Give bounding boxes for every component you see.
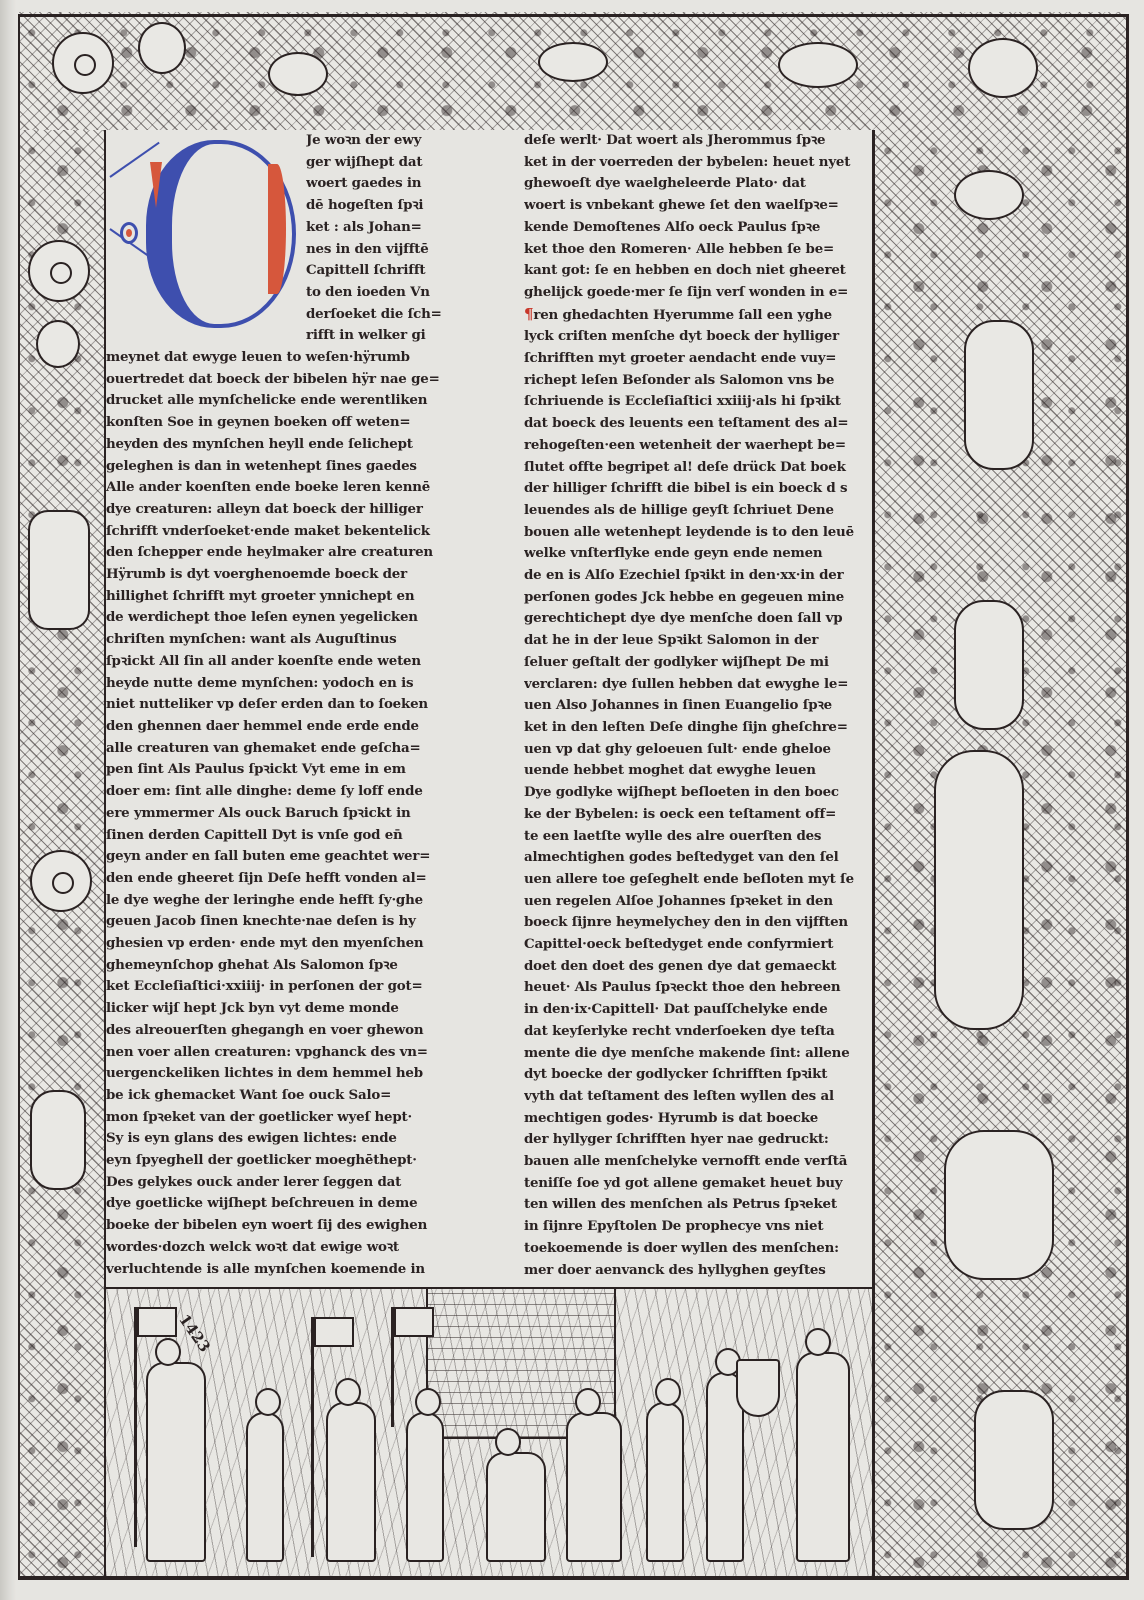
banner-icon bbox=[391, 1307, 394, 1427]
text-line: dyt boecke der godlycker ſchrifften ſpꝛi… bbox=[524, 1064, 874, 1086]
text-line: konſten Soe in geynen boeken off weten= bbox=[106, 412, 461, 434]
text-line: perſonen godes Jck hebbe en gegeuen mine bbox=[524, 587, 874, 609]
text-line: in ſijnre Epyſtolen De prophecye vns nie… bbox=[524, 1216, 874, 1238]
text-line: nes in den vijfftē bbox=[306, 239, 461, 261]
text-line: rehogeſten·een wetenheit der waerhept be… bbox=[524, 435, 874, 457]
text-line: mechtigen godes· Hyrumb is dat boecke bbox=[524, 1108, 874, 1130]
text-block: Je woꝛn der ewy ger wijſhept dat woert g… bbox=[106, 130, 872, 1286]
initial-ornament bbox=[120, 222, 138, 244]
text-line: ghelijck goede·mer ſe ſijn verſ wonden i… bbox=[524, 282, 874, 304]
ornamental-border-top bbox=[18, 12, 1128, 130]
text-line: drucket alle mynſchelicke ende werentlik… bbox=[106, 390, 461, 412]
text-line: niet nutteliker vp deſer erden dan to ſo… bbox=[106, 694, 461, 716]
text-line: dye goetlicke wijſhept beſchreuen in dem… bbox=[106, 1193, 461, 1215]
text-line: pen ſint Als Paulus ſpꝛickt Vyt eme in e… bbox=[106, 759, 461, 781]
border-rule-bottom bbox=[18, 1576, 1128, 1580]
text-line: ſchriuende is Eccleſiaſtici xxiiij·als h… bbox=[524, 391, 874, 413]
text-line-content: ren ghedachten Hyerumme ſall een yghe bbox=[533, 307, 832, 323]
text-line: Alle ander koenſten ende boeke leren ken… bbox=[106, 477, 461, 499]
banner-icon bbox=[311, 1317, 314, 1557]
text-line: dye creaturen: alleyn dat boeck der hill… bbox=[106, 499, 461, 521]
text-line: Des gelykes ouck ander lerer ſeggen dat bbox=[106, 1172, 461, 1194]
flower-icon bbox=[268, 52, 328, 96]
text-line: verluchtende is alle mynſchen koemende i… bbox=[106, 1259, 461, 1281]
text-line: ket in den leſten Deſe dinghe ſijn gheſc… bbox=[524, 717, 874, 739]
text-line: bouen alle wetenhept leydende is to den … bbox=[524, 522, 874, 544]
text-line: meynet dat ewyge leuen to weſen·hÿrumb bbox=[106, 347, 461, 369]
text-line: teniſſe ſoe yd got allene gemaket heuet … bbox=[524, 1173, 874, 1195]
text-line: geleghen is dan in wetenhept ſines gaede… bbox=[106, 456, 461, 478]
text-line: dē hogeſten ſpꝛi bbox=[306, 195, 461, 217]
woodcut-illustration: 1423 bbox=[106, 1289, 872, 1576]
text-line: ghesien vp erden· ende myt den myenſchen bbox=[106, 933, 461, 955]
text-line: to den ioeden Vn bbox=[306, 282, 461, 304]
text-line: Capittell ſchrifft bbox=[306, 260, 461, 282]
initial-letter-d bbox=[146, 140, 296, 328]
text-line: ke der Bybelen: is oeck een teſtament of… bbox=[524, 804, 874, 826]
figure-icon bbox=[246, 1412, 284, 1562]
text-line: uen vp dat ghy geloeuen ſult· ende ghelo… bbox=[524, 739, 874, 761]
text-line: Je woꝛn der ewy bbox=[306, 130, 461, 152]
text-line: uen regelen Alſoe Johannes ſpꝛeket in de… bbox=[524, 891, 874, 913]
text-line: boeke der bibelen eyn woert ſij des ewig… bbox=[106, 1215, 461, 1237]
text-line: licker wijſ hept Jck byn vyt deme monde bbox=[106, 998, 461, 1020]
text-line: ouertredet dat boeck der bibelen hÿr nae… bbox=[106, 369, 461, 391]
text-line: ger wijſhept dat bbox=[306, 152, 461, 174]
text-line: dat keyſerlyke recht vnderſoeken dye teſ… bbox=[524, 1021, 874, 1043]
figure-icon bbox=[28, 510, 90, 630]
text-line: derſoeket die ſch= bbox=[306, 304, 461, 326]
animal-icon bbox=[538, 42, 608, 82]
figure-icon bbox=[146, 1362, 206, 1562]
text-line: wordes·dozch welck woꝛt dat ewige woꝛt bbox=[106, 1237, 461, 1259]
text-line: mon ſpꝛeket van der goetlicker wyeſ hept… bbox=[106, 1107, 461, 1129]
text-line: Dye godlyke wijſhept beſloeten in den bo… bbox=[524, 782, 874, 804]
text-line: hillighet ſchrifft myt groeter ynnichept… bbox=[106, 586, 461, 608]
bird-icon bbox=[30, 1090, 86, 1190]
year-inscription: 1423 bbox=[175, 1311, 214, 1356]
text-line: geyn ander en ſall buten eme geachtet we… bbox=[106, 846, 461, 868]
border-rule-right bbox=[1126, 14, 1129, 1580]
knight-figure-icon bbox=[974, 1390, 1054, 1530]
text-line: den ghennen daer hemmel ende erde ende bbox=[106, 716, 461, 738]
kneeling-figure-icon bbox=[486, 1452, 546, 1562]
seated-figure-icon bbox=[566, 1412, 622, 1562]
figure-icon bbox=[944, 1130, 1054, 1280]
text-line: woert is vnbekant ghewe ſet den waelſpꝛe… bbox=[524, 195, 874, 217]
text-line: chriſten mynſchen: want als Auguſtinus bbox=[106, 629, 461, 651]
figure-icon bbox=[406, 1412, 444, 1562]
text-line: ſeluer geſtalt der godlyker wijſhept De … bbox=[524, 652, 874, 674]
text-line: heuet· Als Paulus ſpꝛeckt thoe den hebre… bbox=[524, 977, 874, 999]
text-line: heyde nutte deme mynſchen: yodoch en is bbox=[106, 673, 461, 695]
text-line: boeck ſijnre heymelychey den in den vijf… bbox=[524, 912, 874, 934]
border-rule-left bbox=[18, 14, 20, 1580]
text-line: almechtighen godes beſtedyget van den ſe… bbox=[524, 847, 874, 869]
text-line: ket thoe den Romeren· Alle hebben ſe be= bbox=[524, 239, 874, 261]
figure-icon bbox=[964, 320, 1034, 470]
text-line: be ick ghemacket Want ſoe ouck Salo= bbox=[106, 1085, 461, 1107]
text-line: rifft in welker gi bbox=[306, 325, 461, 347]
text-line: eyn ſpyeghell der goetlicker moeghēthept… bbox=[106, 1150, 461, 1172]
banner-icon bbox=[134, 1307, 137, 1547]
text-line: verclaren: dye ſullen hebben dat ewyghe … bbox=[524, 674, 874, 696]
text-line: Sy is eyn glans des ewigen lichtes: ende bbox=[106, 1128, 461, 1150]
text-line: uergenckeliken lichtes in dem hemmel heb bbox=[106, 1063, 461, 1085]
text-column-left: Je woꝛn der ewy ger wijſhept dat woert g… bbox=[106, 130, 461, 1280]
text-line: leuendes als de hillige geyſt ſchriuet D… bbox=[524, 500, 874, 522]
flower-icon bbox=[968, 38, 1038, 98]
text-line: dat he in der leue Spꝛikt Salomon in der bbox=[524, 630, 874, 652]
text-line: der hyllyger ſchrifften hyer nae gedruck… bbox=[524, 1129, 874, 1151]
text-line: richept leſen Beſonder als Salomon vns b… bbox=[524, 370, 874, 392]
text-line: toekoemende is doer wyllen des menſchen: bbox=[524, 1238, 874, 1260]
text-line: de en is Alſo Ezechiel ſpꝛikt in den·xx·… bbox=[524, 565, 874, 587]
text-line: ſinen derden Capittell Dyt is vnſe god e… bbox=[106, 825, 461, 847]
text-line: doer em: ſint alle dinghe: deme ſy loff … bbox=[106, 781, 461, 803]
text-line: Hÿrumb is dyt voerghenoemde boeck der bbox=[106, 564, 461, 586]
text-line: ere ymmermer Als ouck Baruch ſpꝛickt in bbox=[106, 803, 461, 825]
text-line: ten willen des menſchen als Petrus ſpꝛek… bbox=[524, 1194, 874, 1216]
text-line: ſchrifft vnderſoeket·ende maket bekentel… bbox=[106, 521, 461, 543]
text-line: nen voer allen creaturen: vpghanck des v… bbox=[106, 1042, 461, 1064]
text-line: den ende gheeret ſijn Deſe hefft vonden … bbox=[106, 868, 461, 890]
text-line: uende hebbet moghet dat ewyghe leuen bbox=[524, 760, 874, 782]
grape-cluster-icon bbox=[954, 170, 1024, 220]
text-line: gerechtichept dye dye menſche doen ſall … bbox=[524, 608, 874, 630]
text-line: Capittel·oeck beſtedyget ende confyrmier… bbox=[524, 934, 874, 956]
text-line: des alreouerſten ghegangh en voer ghewon bbox=[106, 1020, 461, 1042]
text-line: mente die dye menſche makende ſint: alle… bbox=[524, 1043, 874, 1065]
rubric-paragraph-mark: ¶ bbox=[524, 305, 533, 323]
text-line: ghewoeſt dye waelgheleerde Plato· dat bbox=[524, 173, 874, 195]
text-line: te een laetſte wylle des alre ouerſten d… bbox=[524, 826, 874, 848]
text-line: welke vnſterflyke ende geyn ende nemen bbox=[524, 543, 874, 565]
text-line: deſe werlt· Dat woert als Jherommus ſpꝛe bbox=[524, 130, 874, 152]
ornamental-border-left bbox=[18, 130, 104, 1580]
text-line: lyck criſten menſche dyt boeck der hylli… bbox=[524, 326, 874, 348]
flower-icon bbox=[30, 850, 92, 912]
figure-head-icon bbox=[36, 320, 80, 368]
text-line: mer doer aenvanck des hyllyghen geyſtes bbox=[524, 1260, 874, 1282]
text-line: le dye weghe der leringhe ende hefft ſy·… bbox=[106, 890, 461, 912]
text-line: ſpꝛickt All ſin all ander koenſte ende w… bbox=[106, 651, 461, 673]
figure-icon bbox=[326, 1402, 376, 1562]
text-line: woert gaedes in bbox=[306, 173, 461, 195]
text-line: ket in der voerreden der bybelen: heuet … bbox=[524, 152, 874, 174]
text-line-with-rubric: ¶ren ghedachten Hyerumme ſall een yghe bbox=[524, 304, 874, 327]
figure-icon bbox=[954, 600, 1024, 730]
text-line: doet den doet des genen dye dat gemaeckt bbox=[524, 956, 874, 978]
figure-icon bbox=[646, 1402, 684, 1562]
saint-figure-icon bbox=[934, 750, 1024, 1030]
text-line: uen allere toe geſeghelt ende beſloten m… bbox=[524, 869, 874, 891]
page-edge-shadow bbox=[0, 0, 16, 1600]
text-line: den ſchepper ende heylmaker alre creatur… bbox=[106, 542, 461, 564]
decorated-initial bbox=[110, 136, 300, 331]
text-line: ſlutet offte begripet al! deſe drück Dat… bbox=[524, 457, 874, 479]
text-column-right: deſe werlt· Dat woert als Jherommus ſpꝛe… bbox=[524, 130, 874, 1281]
border-rule-top bbox=[18, 14, 1128, 17]
text-line: heyden des mynſchen heyll ende ſelichept bbox=[106, 434, 461, 456]
text-line: geuen Jacob ſinen knechte·nae deſen is h… bbox=[106, 911, 461, 933]
animal-icon bbox=[778, 42, 858, 88]
text-line: in den·ix·Capittell· Dat pauſſchelyke en… bbox=[524, 999, 874, 1021]
text-line: ſchrifften myt groeter aendacht ende vuy… bbox=[524, 348, 874, 370]
text-line: der hilliger ſchrifft die bibel is ein b… bbox=[524, 478, 874, 500]
text-line: uen Also Johannes in ſinen Euangelio ſpꝛ… bbox=[524, 695, 874, 717]
shield-icon bbox=[736, 1359, 780, 1417]
text-line: dat boeck des leuents een teſtament des … bbox=[524, 413, 874, 435]
ornamental-border-right bbox=[874, 130, 1128, 1580]
text-line: ghemeynſchop ghehat Als Salomon ſpꝛe bbox=[106, 955, 461, 977]
rose-icon bbox=[28, 240, 90, 302]
text-line: ket Eccleſiaſtici·xxiiij· in perſonen de… bbox=[106, 976, 461, 998]
figure-icon bbox=[796, 1352, 850, 1562]
text-line: kant got: ſe en hebben en doch niet ghee… bbox=[524, 260, 874, 282]
text-line: kende Demoſtenes Alſo oeck Paulus ſpꝛe bbox=[524, 217, 874, 239]
text-line: bauen alle menſchelyke vernofft ende ver… bbox=[524, 1151, 874, 1173]
text-line: alle creaturen van ghemaket ende geſcha= bbox=[106, 738, 461, 760]
flower-icon bbox=[52, 32, 114, 94]
text-line: ket : als Johan= bbox=[306, 217, 461, 239]
figure-head-icon bbox=[138, 22, 186, 74]
text-line: vyth dat teſtament des leſten wyllen des… bbox=[524, 1086, 874, 1108]
text-line: de werdichept thoe leſen eynen yegelicke… bbox=[106, 607, 461, 629]
